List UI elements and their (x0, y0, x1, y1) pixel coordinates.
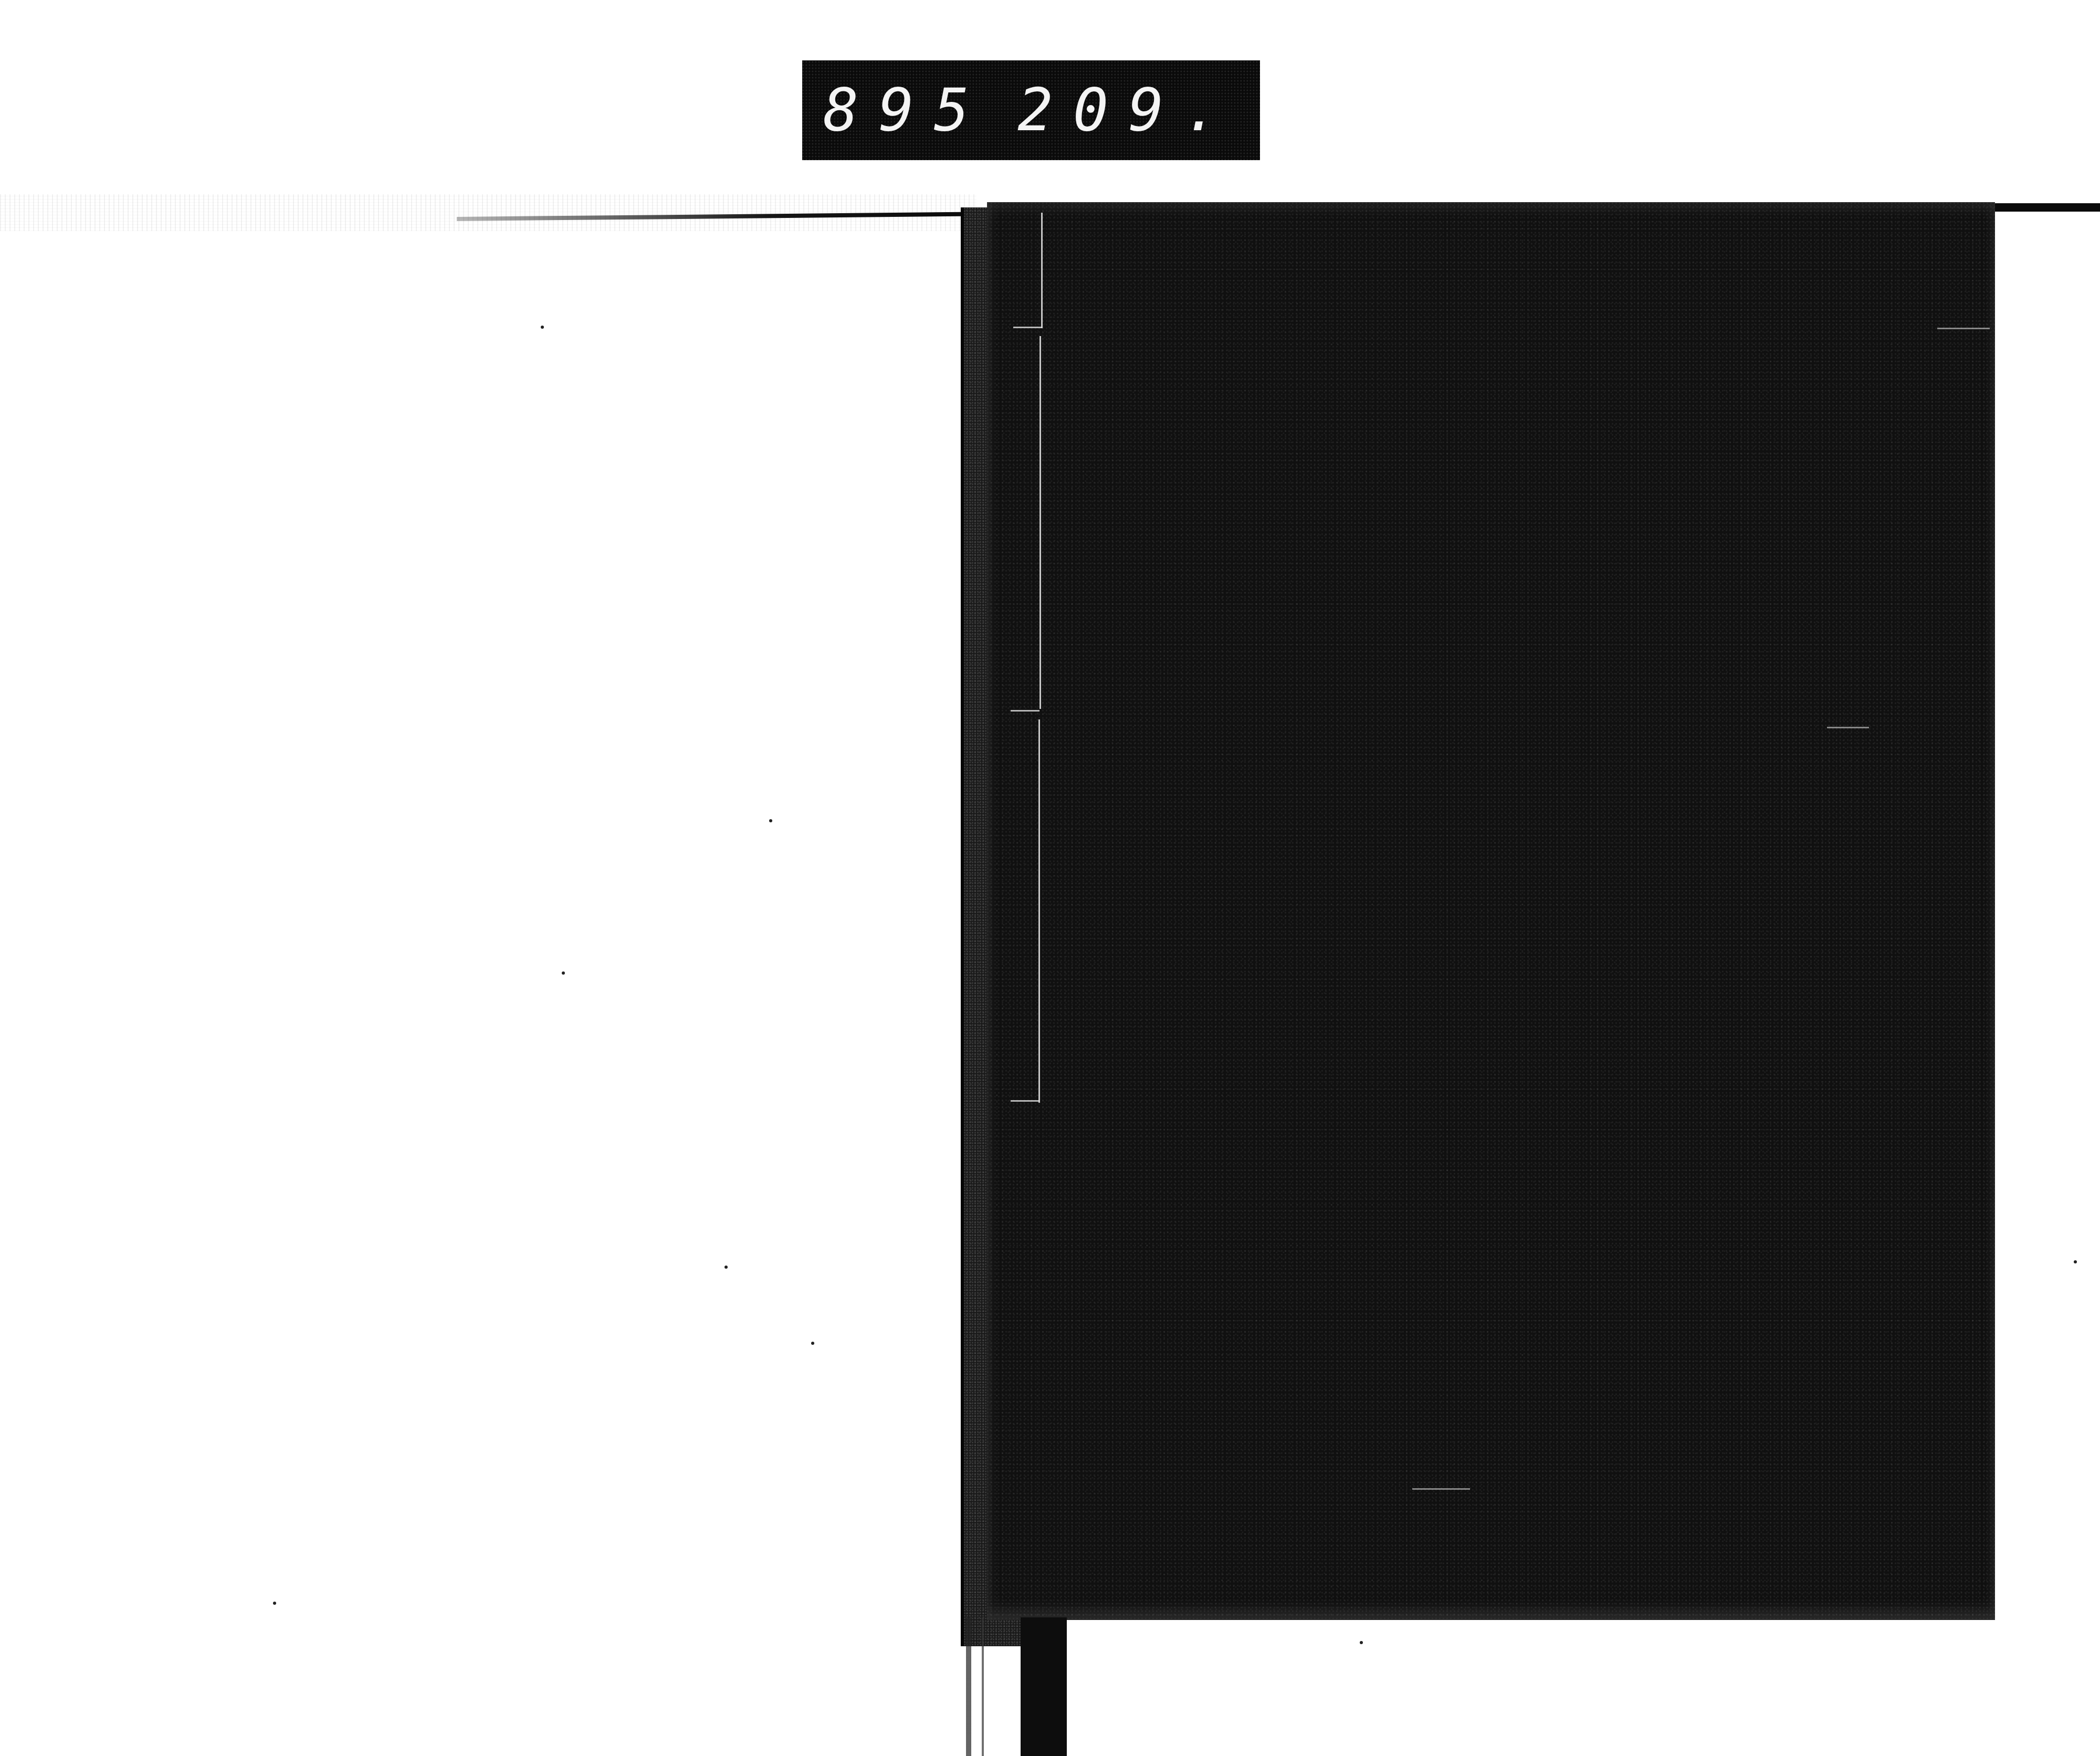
table-edge-line-right (1984, 203, 2100, 212)
cover-scratch (1827, 727, 1869, 728)
cover-scratch (1937, 328, 1990, 329)
frame-number: 209. (1017, 81, 1239, 140)
dust-speck (724, 1266, 728, 1269)
frame-label: 895 209. (802, 60, 1260, 160)
dust-speck (541, 326, 544, 329)
scanned-page: 895 209. (0, 0, 2100, 1756)
dust-speck (2074, 1260, 2077, 1263)
dust-speck (1360, 1641, 1363, 1644)
binding-stitch (1039, 336, 1041, 709)
binding-stitch-tick (1013, 327, 1042, 328)
dust-speck (811, 1342, 814, 1345)
binding-stitch-tick (1011, 710, 1039, 712)
binding-stitch (1038, 719, 1040, 1103)
binding-stitch-tick (1011, 1100, 1039, 1102)
book-cover (987, 202, 1995, 1620)
dust-speck (769, 819, 772, 822)
spine-tail (966, 1617, 1003, 1756)
margin-noise (0, 194, 976, 231)
dust-speck (273, 1602, 276, 1605)
binding-stitch (1041, 213, 1043, 328)
bookmark-ribbon (1021, 1617, 1067, 1756)
dust-speck (562, 971, 565, 975)
cover-scratch (1412, 1488, 1470, 1490)
reel-number: 895 (823, 81, 989, 140)
